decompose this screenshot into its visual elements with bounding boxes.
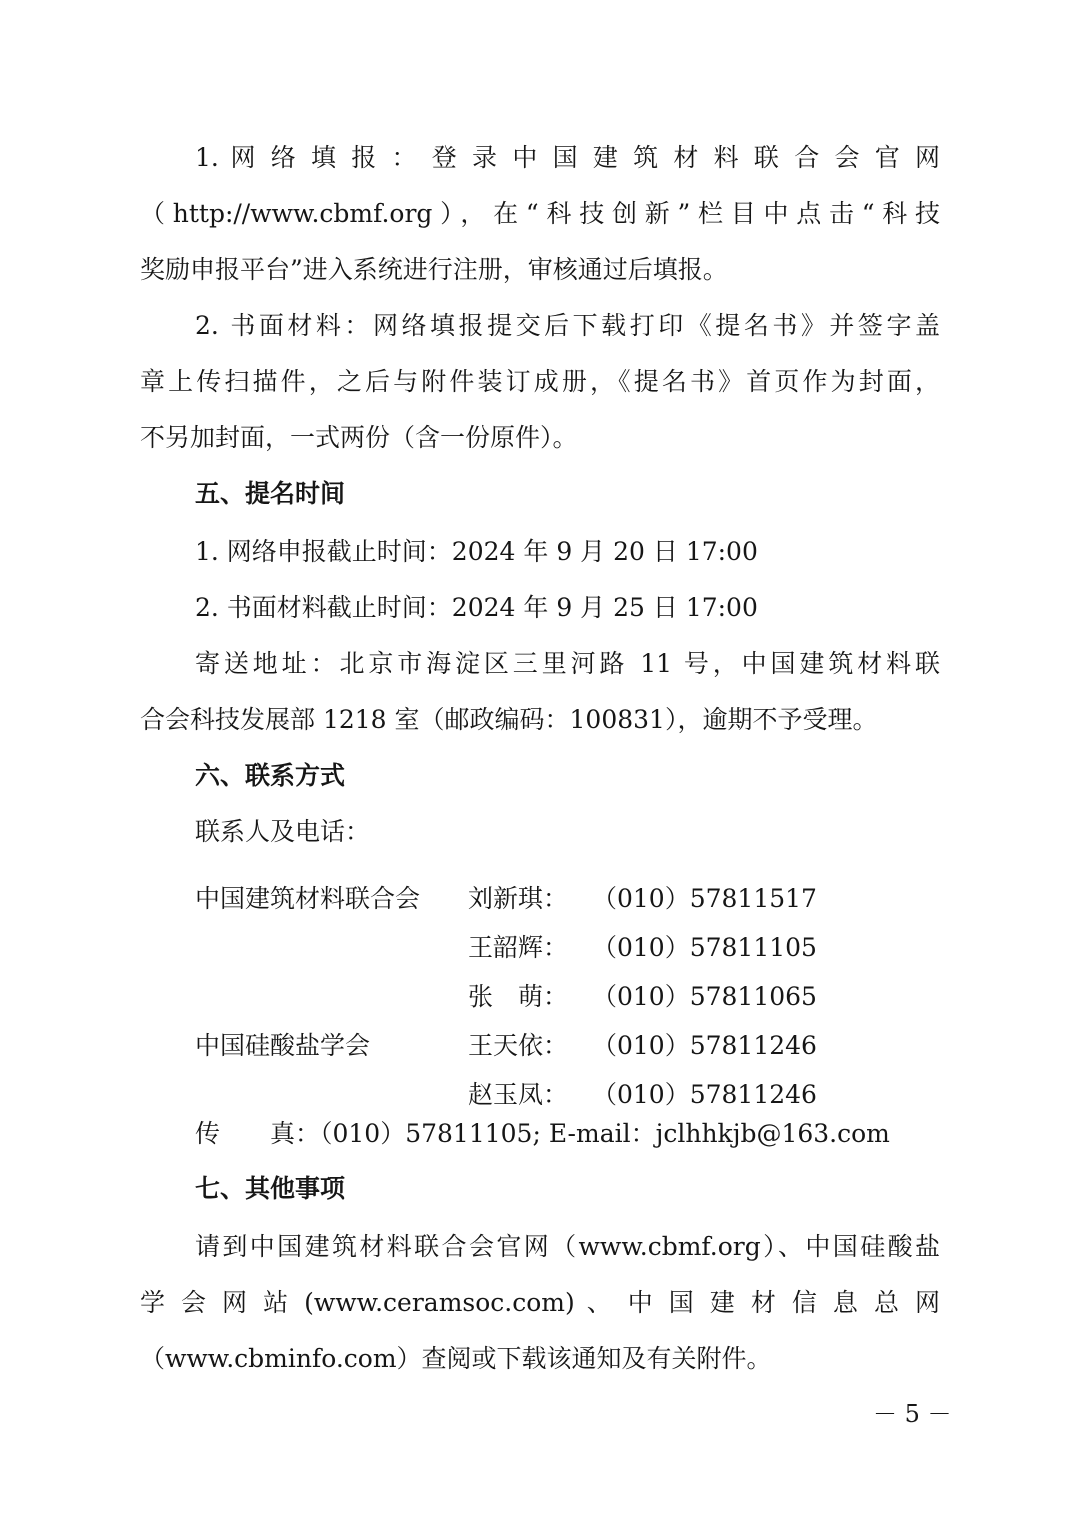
contact-phone: （010）57811065	[592, 980, 817, 1014]
mailing-address-line-1: 寄送地址：北京市海淀区三里河路 11 号，中国建筑材料联	[195, 647, 940, 681]
contact-phone: （010）57811246	[592, 1078, 817, 1112]
contact-phone: （010）57811517	[592, 882, 817, 916]
other-matters-line-3: （www.cbminfo.com）查阅或下载该通知及有关附件。	[140, 1342, 940, 1376]
section-heading-nomination-time: 五、提名时间	[195, 477, 345, 511]
fax-email-line: 传 真：（010）57811105; E-mail：jclhhkjb@163.c…	[195, 1117, 940, 1151]
section-heading-contact: 六、联系方式	[195, 759, 345, 793]
section-heading-other-matters: 七、其他事项	[195, 1172, 345, 1206]
online-deadline: 1. 网络申报截止时间：2024 年 9 月 20 日 17:00	[195, 535, 940, 569]
online-filing-line-2: （http://www.cbmf.org），在“科技创新”栏目中点击“科技	[140, 197, 940, 231]
paper-material-line-1: 2. 书面材料：网络填报提交后下载打印《提名书》并签字盖	[195, 309, 940, 343]
paper-deadline: 2. 书面材料截止时间：2024 年 9 月 25 日 17:00	[195, 591, 940, 625]
contact-name: 刘新琪：	[468, 882, 568, 916]
contact-intro: 联系人及电话：	[195, 815, 940, 849]
mailing-address-line-2: 合会科技发展部 1218 室（邮政编码：100831），逾期不予受理。	[140, 703, 940, 737]
paper-material-line-2: 章上传扫描件，之后与附件装订成册，《提名书》首页作为封面，	[140, 365, 940, 399]
other-matters-line-1: 请到中国建筑材料联合会官网（www.cbmf.org）、中国硅酸盐	[195, 1230, 940, 1264]
online-filing-line-3: 奖励申报平台”进入系统进行注册，审核通过后填报。	[140, 253, 940, 287]
other-matters-line-2: 学 会 网 站 (www.ceramsoc.com) 、 中 国 建 材 信 息…	[140, 1286, 940, 1320]
contact-name: 赵玉凤：	[468, 1078, 568, 1112]
paper-material-line-3: 不另加封面，一式两份（含一份原件）。	[140, 421, 940, 455]
page-number: － 5 －	[873, 1398, 952, 1430]
contact-name: 王韶辉：	[468, 931, 568, 965]
online-filing-line-1: 1. 网 络 填 报 ： 登 录 中 国 建 筑 材 料 联 合 会 官 网	[195, 141, 940, 175]
contact-phone: （010）57811246	[592, 1029, 817, 1063]
contact-phone: （010）57811105	[592, 931, 817, 965]
contact-org: 中国硅酸盐学会	[195, 1029, 370, 1063]
contact-org: 中国建筑材料联合会	[195, 882, 420, 916]
contact-name: 王天依：	[468, 1029, 568, 1063]
contact-name: 张 萌：	[468, 980, 568, 1014]
